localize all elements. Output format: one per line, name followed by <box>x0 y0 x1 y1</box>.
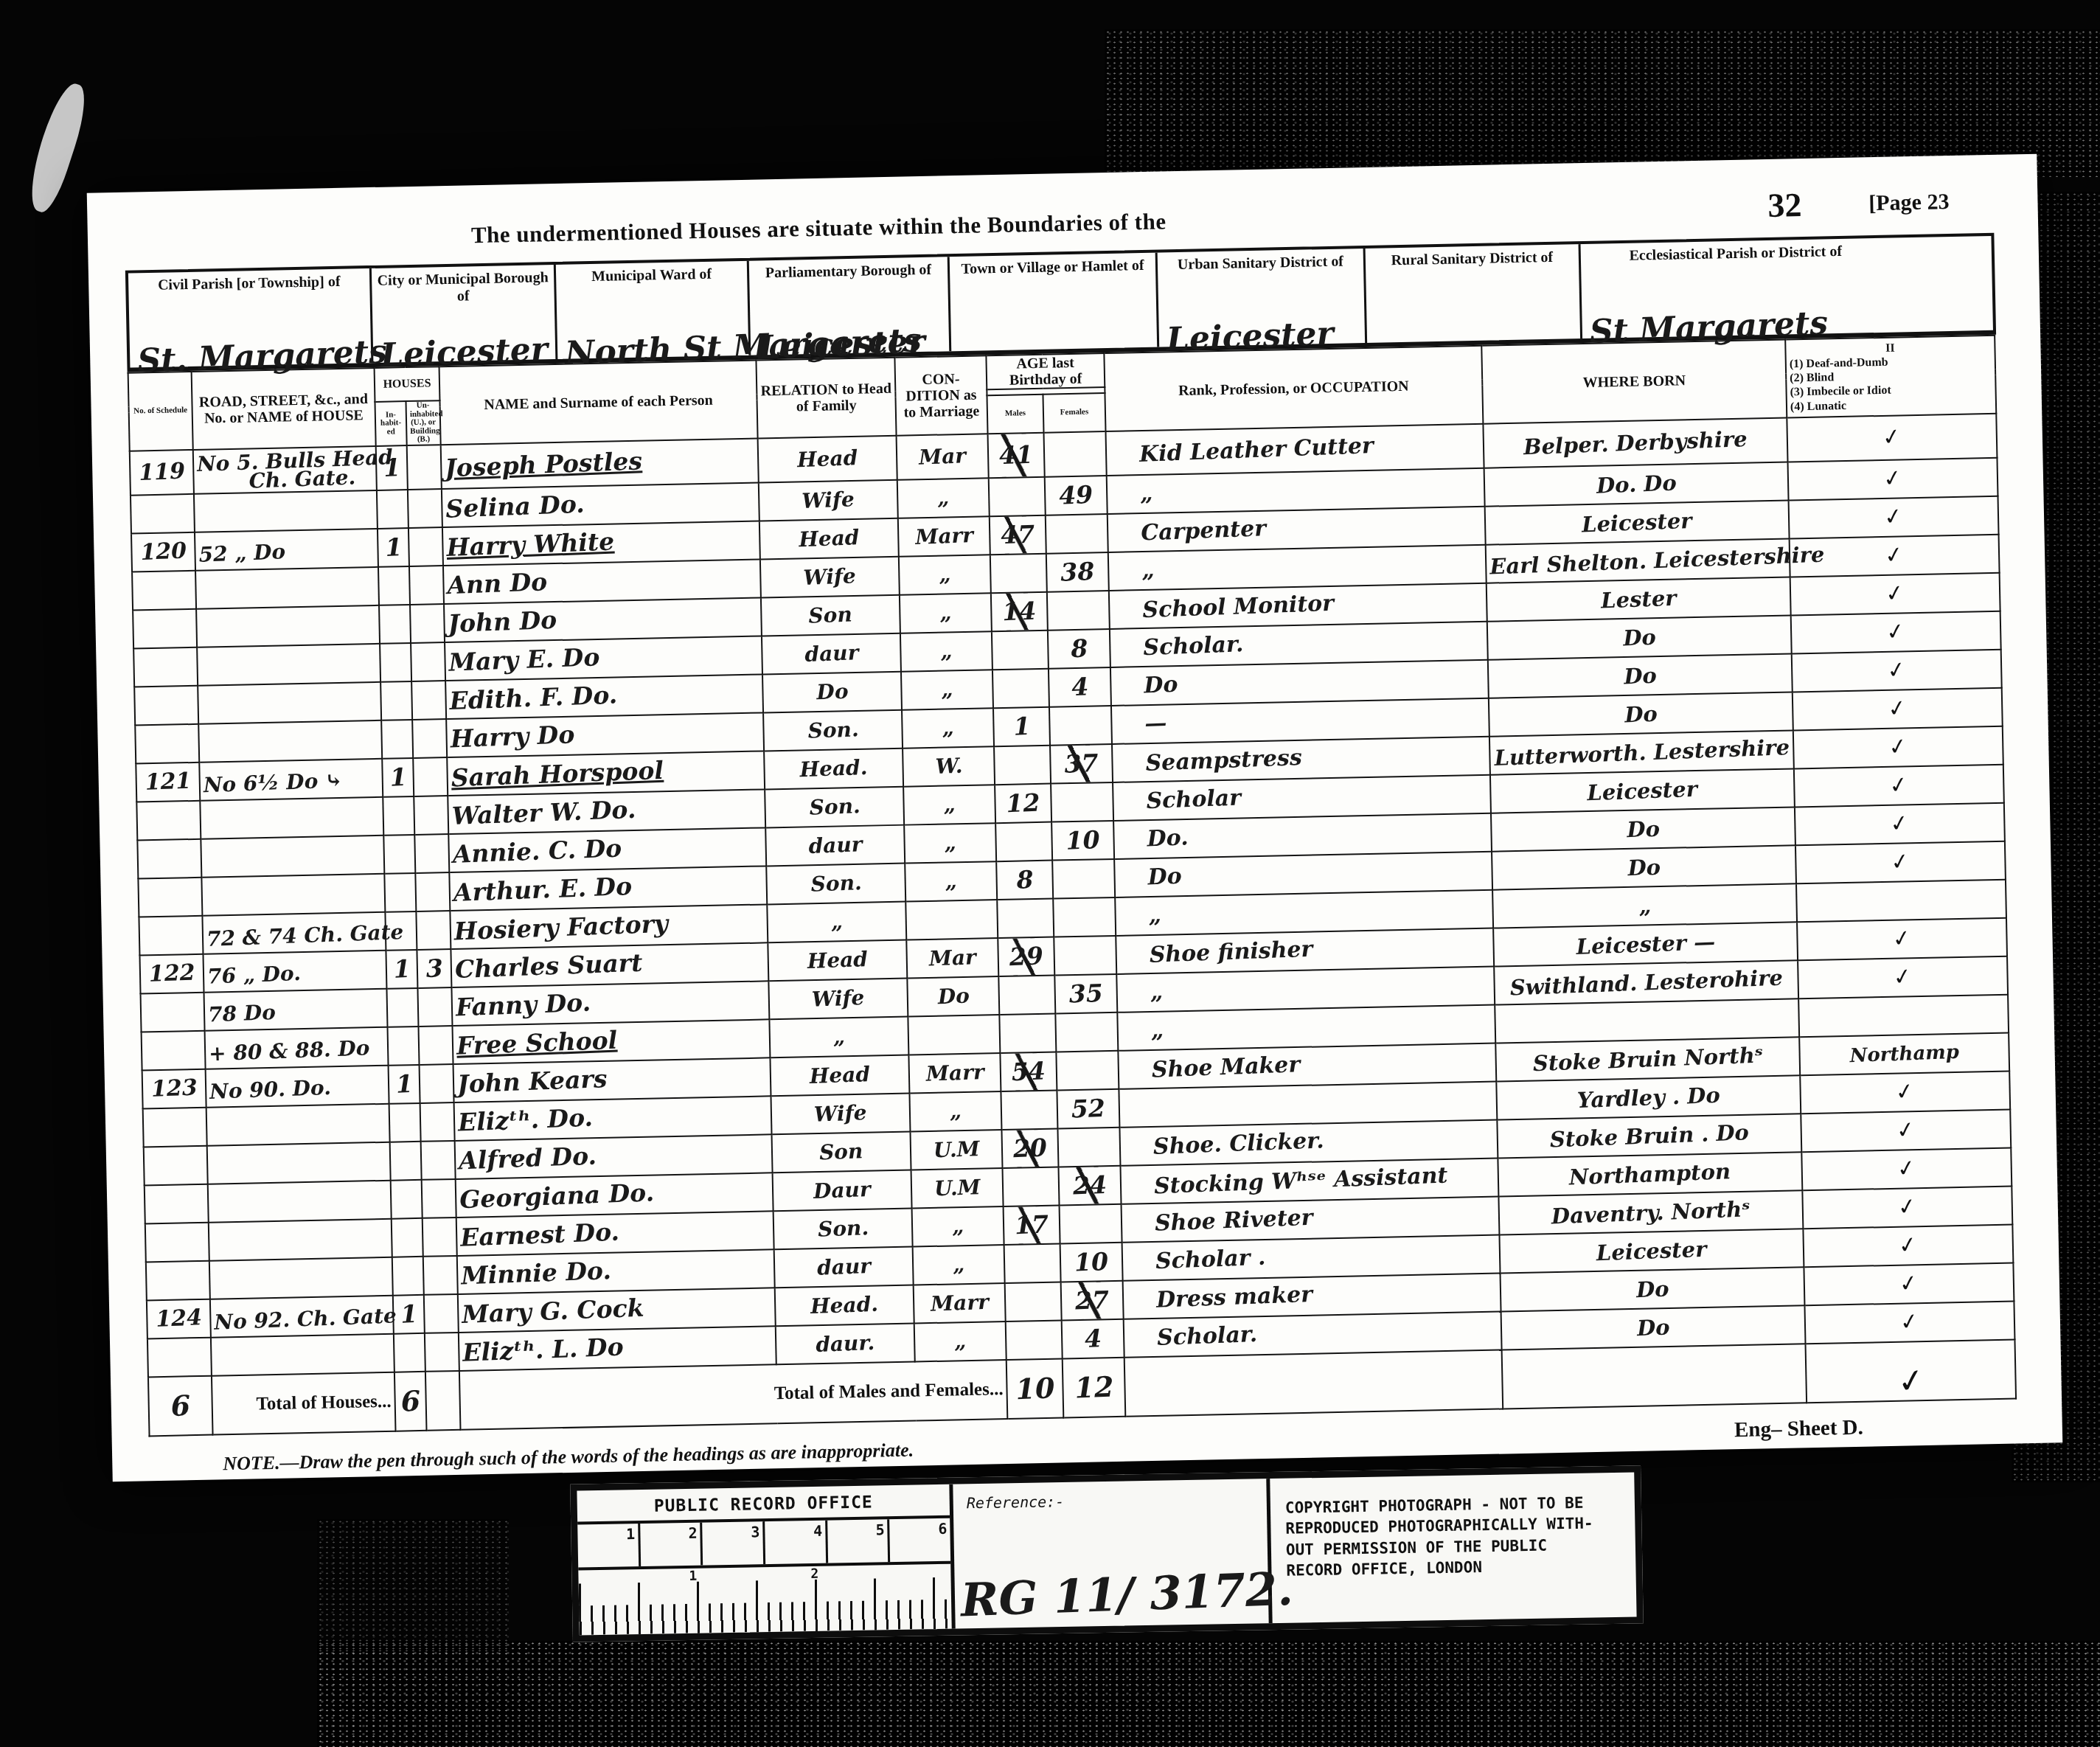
infirmity-tick: ✓ <box>1881 423 1903 452</box>
road-name-line2 <box>265 1279 389 1283</box>
col-occupation: Rank, Profession, or OCCUPATION <box>1104 346 1483 431</box>
ruler-number: 5 <box>827 1519 891 1563</box>
where-born: Do <box>1636 1314 1670 1341</box>
ruler-number: 1 <box>577 1524 641 1567</box>
person-name: Sarah Horspool <box>451 756 664 793</box>
district-label: Parliamentary Borough of <box>749 261 948 282</box>
person-name: Fanny Do. <box>455 988 591 1022</box>
where-born: Leicester <box>1582 508 1693 538</box>
paper-tear <box>21 79 93 215</box>
houses-inhabited: 1 <box>393 954 411 984</box>
houses-inhabited: 1 <box>383 453 400 482</box>
road-name-line2 <box>256 819 380 823</box>
ruler-number: 1 <box>689 1569 697 1584</box>
film-noise-left <box>317 1519 509 1652</box>
folio-number: 32 <box>1767 185 1802 225</box>
where-born: Leicester — <box>1576 929 1716 959</box>
census-photograph: The undermentioned Houses are situate wi… <box>0 0 2100 1747</box>
stamp-ruler-section: PUBLIC RECORD OFFICE 123456 1 2 <box>577 1484 955 1636</box>
col-condition: CON-DITION as to Marriage <box>894 355 987 435</box>
road-name-line2 <box>267 1355 391 1360</box>
road-name-line2 <box>251 588 375 593</box>
marriage-condition: W. <box>935 754 963 779</box>
marriage-condition: „ <box>954 1329 967 1354</box>
person-name: Elizᵗʰ. L. Do <box>462 1333 625 1367</box>
infirmity-tick: ✓ <box>1898 1270 1920 1299</box>
age-female: 8 <box>1070 634 1088 664</box>
district-value-handwritten: Leicester <box>757 323 925 367</box>
occupation: School Monitor <box>1142 591 1335 624</box>
marriage-condition: „ <box>939 562 951 587</box>
marriage-condition: Marr <box>930 1290 989 1316</box>
person-name: Arthur. E. Do <box>453 872 633 907</box>
infirmity-tick: ✓ <box>1895 1116 1917 1145</box>
person-name: Mary E. Do <box>448 642 600 677</box>
reference-label: Reference:- <box>953 1479 1267 1512</box>
road-name: 52 „ Do <box>198 540 286 567</box>
age-male: 54 <box>1011 1057 1046 1087</box>
age-female: 4 <box>1071 673 1088 702</box>
where-born: „ <box>1638 893 1652 919</box>
occupation: „ <box>1150 979 1164 1006</box>
relation-to-head: „ <box>832 1024 845 1049</box>
person-name: Elizᵗʰ. Do. <box>457 1103 593 1137</box>
district-label: Civil Parish [or Township] of <box>128 273 369 295</box>
infirmity-tick: ✓ <box>1882 465 1904 493</box>
district-cell: Civil Parish [or Township] of St. Margar… <box>128 268 374 368</box>
person-name: Earnest Do. <box>460 1218 620 1252</box>
infirmity-tick: ✓ <box>1888 771 1910 800</box>
ruler-scale-fine: 1 2 <box>578 1564 951 1636</box>
infirmity-tick: ✓ <box>1899 1308 1921 1337</box>
marriage-condition: Do <box>937 984 970 1010</box>
occupation: Shoe Maker <box>1151 1052 1301 1083</box>
infirmity-tick: ✓ <box>1882 503 1905 532</box>
infirmity-tick: ✓ <box>1888 810 1910 838</box>
total-houses-label: Total of Houses... <box>212 1372 396 1434</box>
where-born: Yardley . Do <box>1576 1083 1720 1113</box>
film-noise-bottom <box>317 1641 2100 1747</box>
road-name: 78 Do <box>208 1000 277 1027</box>
person-name: Free School <box>456 1026 618 1060</box>
road-name: No 6½ Do ⤷ <box>203 768 343 798</box>
district-value-handwritten: Leicester <box>1166 315 1334 358</box>
road-name: No 92. Ch. Gate <box>214 1304 397 1335</box>
occupation: „ <box>1150 1018 1164 1044</box>
occupation: Scholar. <box>1157 1321 1258 1351</box>
road-name-line2 <box>254 742 378 746</box>
schedule-number: 124 <box>155 1305 202 1333</box>
road-name-line2 <box>262 1164 386 1168</box>
age-female: 10 <box>1074 1247 1108 1277</box>
age-female: 49 <box>1059 480 1094 510</box>
road-name-line2 <box>252 627 376 631</box>
infirmity-tick: ✓ <box>1885 618 1907 647</box>
relation-to-head: daur <box>816 1254 871 1280</box>
where-born: Stoke Bruin Northˢ <box>1532 1042 1764 1076</box>
district-label: Rural Sanitary District of <box>1366 249 1579 270</box>
age-male: 8 <box>1015 865 1033 895</box>
where-born: Leicester <box>1587 776 1698 805</box>
ruler-scale-inches: 123456 <box>577 1515 950 1571</box>
marriage-condition: „ <box>943 792 956 817</box>
marriage-condition: „ <box>951 1214 964 1239</box>
marriage-condition: U.M <box>933 1175 981 1201</box>
road-name-line2 <box>254 704 378 708</box>
person-name: Charles Suart <box>454 948 643 984</box>
infirmity-tick: ✓ <box>1891 963 1913 992</box>
infirmity-tick: ✓ <box>1885 656 1908 685</box>
col-infirmity: II (1) Deaf-and-Dumb (2) Blind (3) Imbec… <box>1785 336 1996 417</box>
age-male: 47 <box>1001 520 1035 550</box>
occupation: „ <box>1148 903 1162 929</box>
relation-to-head: Son <box>819 1139 863 1165</box>
relation-to-head: Son. <box>810 870 862 897</box>
sheet-designation: Eng– Sheet D. <box>1734 1415 1863 1442</box>
where-born: Lester <box>1600 585 1677 613</box>
district-label: Town or Village or Hamlet of <box>950 257 1155 279</box>
occupation: Do <box>1144 672 1178 699</box>
col-uninhabited: Un-inhabited (U.), or Building (B.) <box>406 400 440 445</box>
ruler-number: 2 <box>810 1566 818 1582</box>
district-value-handwritten: Leicester <box>380 330 548 374</box>
stamp-copyright-section: COPYRIGHT PHOTOGRAPH - NOT TO BE REPRODU… <box>1270 1473 1636 1624</box>
person-name: Edith. F. Do. <box>449 681 618 716</box>
occupation: Dress maker <box>1156 1282 1313 1313</box>
stamp-reference-section: Reference:- RG 11/ 3172. <box>953 1479 1272 1628</box>
schedule-number: 120 <box>140 538 187 566</box>
road-name-line2 <box>263 1202 387 1206</box>
marriage-condition: „ <box>952 1252 964 1277</box>
age-female: 10 <box>1065 825 1100 855</box>
infirmity-tick: ✓ <box>1896 1193 1919 1222</box>
relation-to-head: Wife <box>803 564 857 591</box>
footer-note: NOTE.—Draw the pen through such of the w… <box>223 1439 914 1475</box>
relation-to-head: Wife <box>812 985 866 1012</box>
where-born: Do <box>1623 662 1657 689</box>
person-name: Harry White <box>446 527 615 563</box>
relation-to-head: Wife <box>814 1100 868 1127</box>
road-name: 72 & 74 Ch. Gate <box>206 920 403 951</box>
district-cell: Ecclesiastical Parish or District of St … <box>1581 238 1892 338</box>
road-name-line2 <box>250 512 374 516</box>
road-name-line2 <box>264 1240 388 1245</box>
relation-to-head: Daur <box>813 1177 872 1204</box>
road-name-line2 <box>257 857 380 861</box>
age-female: 38 <box>1060 557 1095 587</box>
schedule-number: 119 <box>138 459 185 486</box>
relation-to-head: Head <box>809 1062 870 1088</box>
col-inhabited: In-habit-ed <box>375 401 406 446</box>
infirmity-tick: ✓ <box>1884 580 1906 608</box>
col-road: ROAD, STREET, &c., and No. or NAME of HO… <box>192 368 376 450</box>
marriage-condition: „ <box>942 715 954 740</box>
col-name: NAME and Surname of each Person <box>439 361 758 445</box>
person-name: Alfred Do. <box>458 1142 597 1175</box>
infirmity-tick: ✓ <box>1894 1078 1916 1107</box>
where-born: Do. Do <box>1596 470 1677 498</box>
houses-inhabited: 1 <box>400 1299 417 1329</box>
road-name-line2 <box>257 895 381 900</box>
where-born: Leicester <box>1596 1236 1708 1265</box>
district-label: Urban Sanitary District of <box>1158 253 1363 274</box>
relation-to-head: Son. <box>817 1215 869 1242</box>
relation-to-head: Wife <box>802 487 855 514</box>
person-name: Ann Do <box>447 567 548 600</box>
where-born: Stoke Bruin . Do <box>1549 1119 1749 1152</box>
district-label: Municipal Ward of <box>556 265 747 286</box>
age-female: 4 <box>1084 1324 1102 1353</box>
where-born: Daventry. Northˢ <box>1551 1196 1750 1229</box>
district-cell: Parliamentary Borough of Leicester <box>749 257 952 355</box>
occupation: Stocking Wʰˢᵉ Assistant <box>1153 1163 1448 1200</box>
person-name: Mary G. Cock <box>462 1293 644 1329</box>
occupation: Shoe. Clicker. <box>1152 1128 1324 1161</box>
marriage-condition: „ <box>944 830 956 855</box>
schedule-number: 123 <box>150 1075 198 1102</box>
where-born: Belper. Derbyshire <box>1523 426 1748 459</box>
infirmity-tick: ✓ <box>1887 733 1909 762</box>
road-name-line2: Ch. Gate. <box>248 464 373 493</box>
sheet-title: The undermentioned Houses are situate wi… <box>471 208 1167 249</box>
occupation: Scholar. <box>1143 631 1244 661</box>
age-male: 41 <box>998 440 1033 470</box>
relation-to-head: daur <box>804 640 858 667</box>
relation-to-head: Head. <box>810 1292 879 1319</box>
infirmity-tick: Northamp <box>1849 1041 1959 1067</box>
occupation: Do <box>1147 864 1182 891</box>
marriage-condition: Marr <box>914 523 973 549</box>
public-record-office-stamp: PUBLIC RECORD OFFICE 123456 1 2 Referenc… <box>570 1465 1644 1642</box>
age-female: 52 <box>1071 1094 1105 1124</box>
census-sheet: The undermentioned Houses are situate wi… <box>87 154 2063 1482</box>
col-relation: RELATION to Head of Family <box>756 358 896 438</box>
occupation: Scholar <box>1146 785 1242 815</box>
age-male: 17 <box>1014 1210 1049 1240</box>
infirmity-tick: ✓ <box>1883 541 1905 570</box>
col-schedule: No. of Schedule <box>128 372 193 451</box>
total-mf-label: Total of Males and Females... <box>459 1360 1007 1430</box>
age-male: 1 <box>1012 712 1030 741</box>
road-name: 76 „ Do. <box>206 961 301 989</box>
district-cell: Municipal Ward of North St Margarets <box>556 261 751 359</box>
person-name: Selina Do. <box>445 490 585 524</box>
age-male: 29 <box>1009 942 1043 972</box>
col-born: WHERE BORN <box>1481 340 1787 424</box>
age-female: 35 <box>1068 979 1103 1009</box>
table-body: 119 No 5. Bulls HeadCh. Gate. 1 Joseph P… <box>130 414 2015 1378</box>
ruler-number: 4 <box>765 1521 828 1564</box>
person-name: Hosiery Factory <box>453 909 669 946</box>
houses-inhabited: 1 <box>384 532 402 562</box>
person-name: Harry Do <box>450 720 575 753</box>
district-label: City or Municipal Borough of <box>372 269 554 307</box>
road-name-line2 <box>262 1125 386 1130</box>
ruler-number: 3 <box>703 1521 766 1565</box>
district-cell: Rural Sanitary District of <box>1366 244 1583 343</box>
where-born: Do <box>1627 854 1661 881</box>
col-males: Males <box>987 394 1043 434</box>
person-name: John Do <box>448 605 557 639</box>
where-born: Do <box>1624 701 1658 727</box>
relation-to-head: Head <box>799 525 860 552</box>
marriage-condition: „ <box>949 1099 962 1124</box>
age-male: 20 <box>1012 1133 1047 1164</box>
relation-to-head: „ <box>830 909 843 934</box>
ruler-number: 6 <box>889 1518 950 1562</box>
occupation: Scholar . <box>1155 1245 1266 1275</box>
occupation: Do. <box>1147 825 1189 852</box>
houses-uninhabited: 3 <box>425 954 443 983</box>
district-cell: Urban Sanitary District of Leicester <box>1158 249 1368 347</box>
total-males: 10 <box>1015 1371 1055 1406</box>
col-females: Females <box>1043 393 1105 433</box>
occupation: Seampstress <box>1145 745 1303 777</box>
person-name: Walter W. Do. <box>451 795 636 830</box>
occupation: Carpenter <box>1141 515 1267 546</box>
marriage-condition: „ <box>945 869 957 894</box>
age-female: 37 <box>1064 749 1099 779</box>
enumeration-table: No. of Schedule ROAD, STREET, &c., and N… <box>128 335 2017 1437</box>
marriage-condition: „ <box>940 639 953 664</box>
infirmity-tick: ✓ <box>1896 1155 1918 1184</box>
occupation: Shoe Riveter <box>1154 1205 1313 1237</box>
houses-inhabited: 1 <box>395 1069 413 1099</box>
relation-to-head: Do <box>816 679 848 705</box>
occupation: „ <box>1141 558 1155 584</box>
marriage-condition: U.M <box>933 1136 980 1162</box>
relation-to-head: Head. <box>799 755 868 782</box>
road-name-line2 <box>260 1016 383 1021</box>
where-born: Do <box>1622 624 1656 650</box>
person-name: John Kears <box>456 1064 608 1099</box>
person-name: Joseph Postles <box>445 447 643 483</box>
relation-to-head: Son. <box>809 793 860 820</box>
road-name: + 80 & 88. Do <box>209 1036 370 1066</box>
totals-tick: ✓ <box>1894 1361 1927 1402</box>
district-cell: Town or Village or Hamlet of <box>950 253 1160 352</box>
district-label: Ecclesiastical Parish or District of <box>1581 243 1891 265</box>
relation-to-head: daur. <box>816 1330 875 1357</box>
occupation: — <box>1144 710 1167 737</box>
ruler-number: 2 <box>640 1523 703 1566</box>
person-name: Minnie Do. <box>461 1256 612 1291</box>
where-born: Lutterworth. Lestershire <box>1494 734 1790 771</box>
infirmity-tick: ✓ <box>1889 848 1911 877</box>
where-born: Earl Shelton. Leicestershire <box>1489 541 1825 579</box>
relation-to-head: Head <box>807 947 868 973</box>
age-male: 12 <box>1006 788 1040 819</box>
infirmity-tick: ✓ <box>1886 695 1908 723</box>
schedule-number: 121 <box>145 768 192 796</box>
relation-to-head: Head <box>797 445 858 472</box>
person-name: Georgiana Do. <box>459 1178 655 1214</box>
infirmity-tick: ✓ <box>1897 1232 1919 1260</box>
road-name: No 90. Do. <box>209 1075 332 1104</box>
marriage-condition: Marr <box>925 1060 984 1086</box>
relation-to-head: Son <box>808 602 852 628</box>
person-name: Annie. C. Do <box>452 834 622 869</box>
col-age: AGE last Birthday of <box>986 353 1105 389</box>
age-female: 27 <box>1074 1285 1109 1316</box>
houses-inhabited: 1 <box>389 763 407 792</box>
total-houses-value: 6 <box>400 1384 421 1418</box>
where-born: Do <box>1627 816 1661 842</box>
district-cell: City or Municipal Borough of Leicester <box>372 265 558 363</box>
page-number: [Page 23 <box>1868 190 1950 216</box>
relation-to-head: daur <box>808 832 863 858</box>
marriage-condition: „ <box>937 485 950 510</box>
marriage-condition: Mar <box>919 444 967 470</box>
occupation: „ <box>1140 481 1154 507</box>
marriage-condition: Mar <box>928 945 976 970</box>
reference-value-handwritten: RG 11/ 3172. <box>960 1562 1294 1628</box>
occupation: Shoe finisher <box>1149 937 1313 968</box>
where-born: Northampton <box>1569 1159 1731 1189</box>
where-born: Do <box>1635 1276 1669 1302</box>
relation-to-head: Son. <box>807 718 858 744</box>
age-female: 24 <box>1072 1170 1107 1201</box>
marriage-condition: „ <box>939 600 952 625</box>
road-name-line2 <box>253 665 377 670</box>
age-male: 14 <box>1002 597 1037 627</box>
occupation: Kid Leather Cutter <box>1139 433 1374 468</box>
where-born: Swithland. Lesterohire <box>1509 965 1783 1000</box>
totals-schedule: 6 <box>170 1389 191 1423</box>
schedule-number: 122 <box>148 960 195 987</box>
marriage-condition: „ <box>941 677 953 702</box>
infirmity-tick: ✓ <box>1891 925 1913 954</box>
total-females: 12 <box>1074 1370 1114 1405</box>
